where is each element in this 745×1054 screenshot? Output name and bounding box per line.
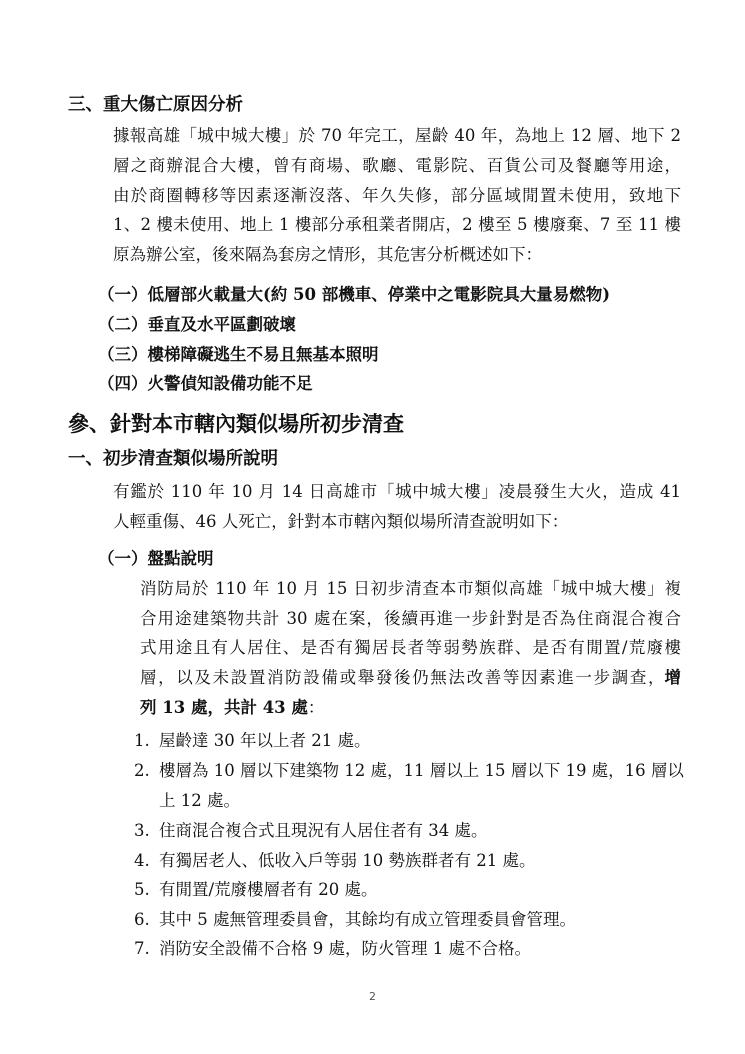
list-text: 樓層為 10 層以下建築物 12 處，11 層以上 15 層以下 19 處，16… bbox=[159, 761, 681, 781]
paragraph-line: 據報高雄「城中城大樓」於 70 年完工，屋齡 40 年，為地上 12 層、地下 … bbox=[113, 126, 681, 146]
paragraph-line: 列 13 處，共計 43 處： bbox=[140, 698, 324, 718]
list-number: 1. bbox=[134, 731, 159, 751]
paragraph-line: 由於商圈轉移等因素逐漸沒落、年久失修，部分區域閒置未使用，致地下 bbox=[113, 186, 681, 206]
paragraph-line: 1、2 樓未使用、地上 1 樓部分承租業者開店，2 樓至 5 樓廢棄、7 至 1… bbox=[113, 215, 681, 235]
paragraph-line: 人輕重傷、46 人死亡，針對本市轄內類似場所清查說明如下： bbox=[113, 512, 568, 532]
paragraph-line: 有鑑於 110 年 10 月 14 日高雄市「城中城大樓」凌晨發生大火，造成 4… bbox=[113, 482, 681, 502]
list-item: 7.消防安全設備不合格 9 處，防火管理 1 處不合格。 bbox=[134, 939, 531, 959]
colon: ： bbox=[308, 698, 325, 717]
bold-text: 增 bbox=[665, 668, 682, 688]
list-number: 7. bbox=[134, 939, 159, 959]
paragraph-line: 層之商辦混合大樓，曾有商場、歌廳、電影院、百貨公司及餐廳等用途， bbox=[113, 156, 681, 176]
list-item: 4.有獨居老人、低收入戶等弱 10 勢族群者有 21 處。 bbox=[134, 851, 535, 871]
subsection-heading: 一、初步清查類似場所說明 bbox=[68, 448, 278, 470]
paragraph-line: 層，以及未設置消防設備或舉發後仍無法改善等因素進一步調查， 增 bbox=[140, 668, 681, 688]
hazard-item: （一）低層部火載量大(約 50 部機車、停業中之電影院具大量易燃物) bbox=[98, 285, 610, 305]
list-item: 5.有閒置/荒廢樓層者有 20 處。 bbox=[134, 880, 378, 900]
list-number: 5. bbox=[134, 880, 159, 900]
list-item: 1.屋齡達 30 年以上者 21 處。 bbox=[134, 731, 370, 751]
list-text: 消防安全設備不合格 9 處，防火管理 1 處不合格。 bbox=[159, 939, 531, 958]
list-item-continued: 上 12 處。 bbox=[159, 791, 240, 811]
paragraph-line: 式用途且有人居住、是否有獨居長者等弱勢族群、是否有閒置/荒廢樓 bbox=[140, 638, 681, 658]
list-text: 其中 5 處無管理委員會，其餘均有成立管理委員會管理。 bbox=[159, 910, 576, 929]
section-heading: 三、重大傷亡原因分析 bbox=[68, 94, 243, 116]
part-heading: 參、針對本市轄內類似場所初步清查 bbox=[68, 411, 404, 437]
hazard-item: （三）樓梯障礙逃生不易且無基本照明 bbox=[98, 345, 379, 365]
hazard-item: （四）火警偵知設備功能不足 bbox=[98, 374, 313, 394]
list-item: 2.樓層為 10 層以下建築物 12 處，11 層以上 15 層以下 19 處，… bbox=[134, 761, 681, 781]
list-number: 3. bbox=[134, 821, 159, 841]
list-text: 屋齡達 30 年以上者 21 處。 bbox=[159, 731, 370, 750]
paragraph-line: 原為辦公室，後來隔為套房之情形，其危害分析概述如下： bbox=[113, 245, 542, 265]
page-number: 2 bbox=[0, 990, 745, 1003]
hazard-item: （二）垂直及水平區劃破壞 bbox=[98, 315, 296, 335]
paragraph-line: 合用途建築物共計 30 處在案，後續再進一步針對是否為住商混合複合 bbox=[140, 609, 681, 629]
bold-text: 列 13 處，共計 43 處 bbox=[140, 698, 308, 717]
list-text: 住商混合複合式且現況有人居住者有 34 處。 bbox=[159, 821, 488, 840]
list-number: 4. bbox=[134, 851, 159, 871]
list-item: 6.其中 5 處無管理委員會，其餘均有成立管理委員會管理。 bbox=[134, 910, 576, 930]
list-text: 有閒置/荒廢樓層者有 20 處。 bbox=[159, 880, 378, 899]
list-number: 6. bbox=[134, 910, 159, 930]
paragraph-text: 層，以及未設置消防設備或舉發後仍無法改善等因素進一步調查， bbox=[140, 668, 665, 688]
paragraph-line: 消防局於 110 年 10 月 15 日初步清查本市類似高雄「城中城大樓」複 bbox=[140, 579, 681, 599]
list-number: 2. bbox=[134, 761, 159, 781]
item-heading: （一）盤點說明 bbox=[98, 549, 214, 569]
list-text: 有獨居老人、低收入戶等弱 10 勢族群者有 21 處。 bbox=[159, 851, 535, 870]
list-item: 3.住商混合複合式且現況有人居住者有 34 處。 bbox=[134, 821, 488, 841]
